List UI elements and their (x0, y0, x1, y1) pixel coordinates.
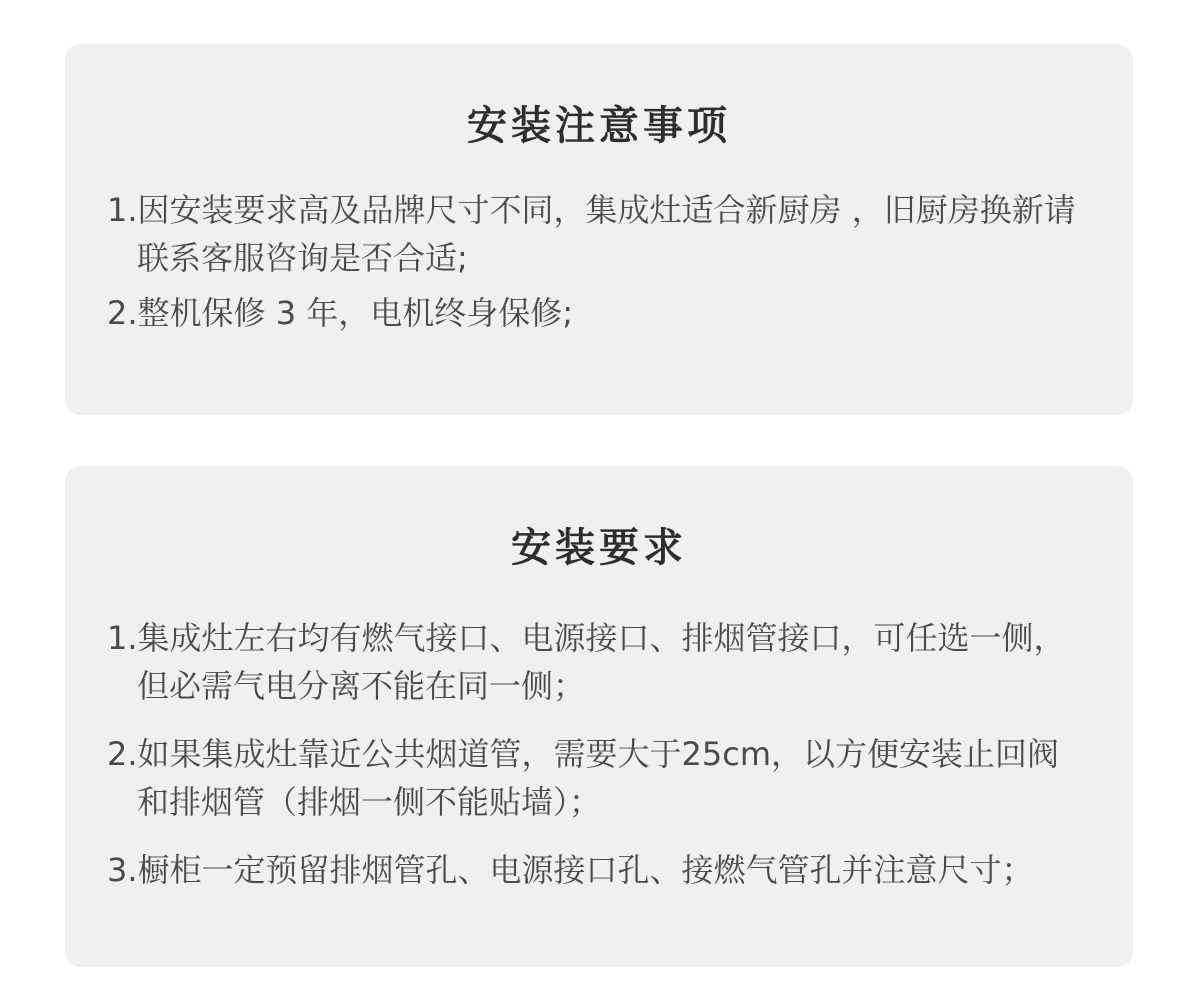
install-requirements-list: 1.集成灶左右均有燃气接口、电源接口、排烟管接口，可任选一侧，但必需气电分离不能… (107, 614, 1091, 894)
install-notes-item-1: 1.因安装要求高及品牌尺寸不同，集成灶适合新厨房 ，旧厨房换新请联系客服咨询是否… (107, 186, 1091, 282)
install-notes-title: 安装注意事项 (107, 44, 1091, 146)
install-notes-list: 1.因安装要求高及品牌尺寸不同，集成灶适合新厨房 ，旧厨房换新请联系客服咨询是否… (107, 186, 1091, 337)
install-requirements-item-3: 3.橱柜一定预留排烟管孔、电源接口孔、接燃气管孔并注意尺寸； (107, 846, 1091, 894)
install-notes-item-2: 2.整机保修 3 年，电机终身保修; (107, 289, 1091, 337)
install-requirements-item-1: 1.集成灶左右均有燃气接口、电源接口、排烟管接口，可任选一侧，但必需气电分离不能… (107, 614, 1091, 710)
install-requirements-title: 安装要求 (107, 466, 1091, 568)
install-requirements-card: 安装要求 1.集成灶左右均有燃气接口、电源接口、排烟管接口，可任选一侧，但必需气… (65, 466, 1133, 967)
install-requirements-item-2: 2.如果集成灶靠近公共烟道管，需要大于25cm，以方便安装止回阀和排烟管（排烟一… (107, 730, 1091, 826)
install-notes-card: 安装注意事项 1.因安装要求高及品牌尺寸不同，集成灶适合新厨房 ，旧厨房换新请联… (65, 44, 1133, 415)
